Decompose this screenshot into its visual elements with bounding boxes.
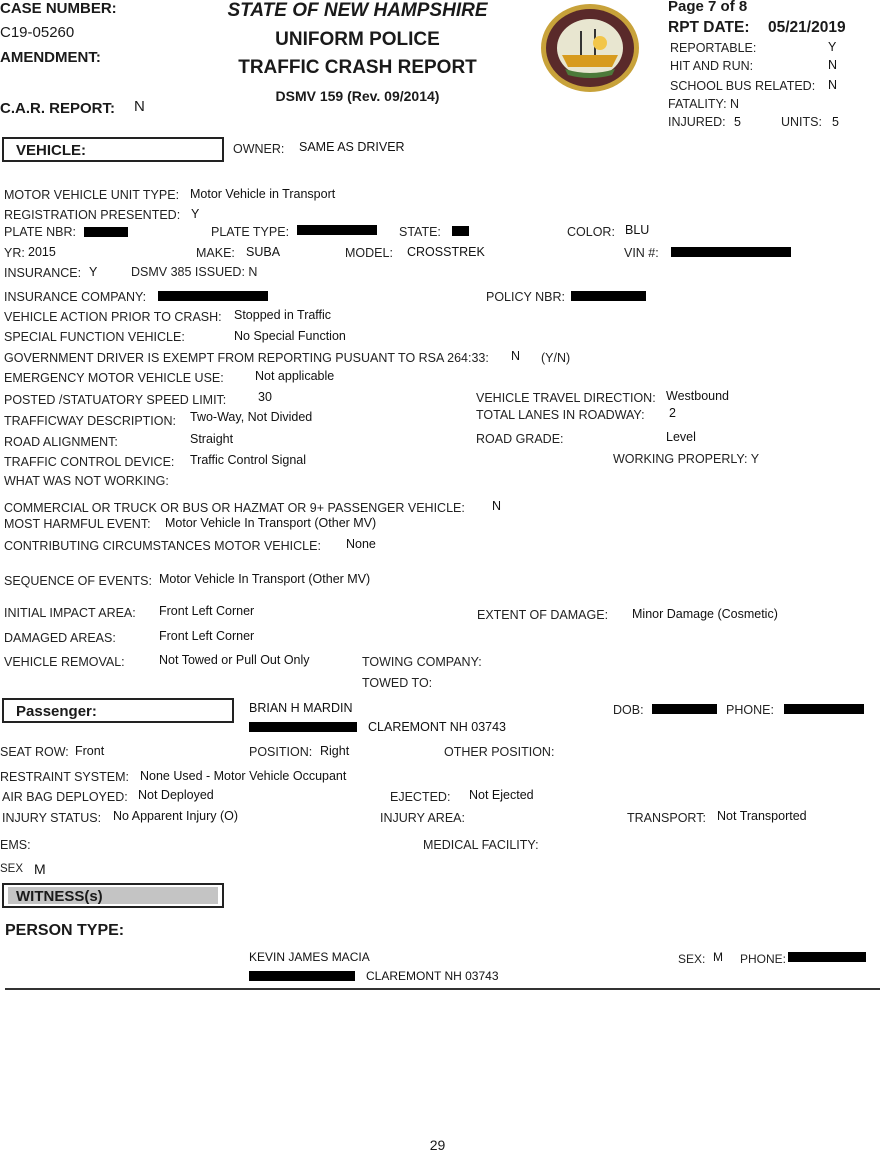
vehicle-removal-value: Not Towed or Pull Out Only (159, 653, 310, 667)
car-report-value: N (134, 98, 145, 115)
witness-sex-label: SEX: (678, 952, 705, 966)
state-redacted (452, 226, 469, 236)
special-function-value: No Special Function (234, 329, 346, 343)
vehicle-removal-label: VEHICLE REMOVAL: (4, 655, 125, 669)
contributing-value: None (346, 537, 376, 551)
airbag-value: Not Deployed (138, 788, 214, 802)
rpt-date: 05/21/2019 (768, 19, 846, 37)
school-bus-value: N (828, 78, 837, 92)
damaged-areas-value: Front Left Corner (159, 629, 254, 643)
gov-exempt-yn: (Y/N) (541, 351, 570, 365)
ejected-label: EJECTED: (390, 790, 450, 804)
person-type-label: PERSON TYPE: (5, 922, 124, 940)
road-alignment-value: Straight (190, 432, 233, 446)
position-label: POSITION: (249, 745, 312, 759)
passenger-section-label: Passenger: (16, 703, 97, 720)
insurance-label: INSURANCE: (4, 266, 81, 280)
passenger-section-header: Passenger: (2, 698, 234, 723)
dob-redacted (652, 704, 717, 714)
most-harmful-value: Motor Vehicle In Transport (Other MV) (165, 516, 376, 530)
traffic-control-value: Traffic Control Signal (190, 453, 306, 467)
witness-city: CLAREMONT NH 03743 (366, 969, 499, 983)
reportable-label: REPORTABLE: (670, 41, 756, 55)
ems-label: EMS: (0, 838, 31, 852)
commercial-value: N (492, 499, 501, 513)
not-working-label: WHAT WAS NOT WORKING: (4, 474, 169, 488)
units-value: 5 (832, 115, 839, 129)
most-harmful-label: MOST HARMFUL EVENT: (4, 517, 151, 531)
witness-address-redacted (249, 971, 355, 981)
action-value: Stopped in Traffic (234, 308, 331, 322)
make-value: SUBA (246, 245, 280, 259)
witness-sex-value: M (713, 950, 723, 964)
speed-limit-label: POSTED /STATUATORY SPEED LIMIT: (4, 393, 226, 407)
insurance-company-label: INSURANCE COMPANY: (4, 290, 146, 304)
report-title-uniform: UNIFORM POLICE (215, 29, 500, 51)
section-divider (5, 988, 880, 990)
dsmv385: DSMV 385 ISSUED: N (131, 265, 257, 279)
witness-section-header: WITNESS(s) (2, 883, 224, 908)
form-id: DSMV 159 (Rev. 09/2014) (215, 88, 500, 104)
policy-nbr-label: POLICY NBR: (486, 290, 565, 304)
report-title-crash: TRAFFIC CRASH REPORT (215, 57, 500, 79)
towed-to-label: TOWED TO: (362, 676, 432, 690)
rpt-date-label: RPT DATE: (668, 19, 750, 37)
witness-phone-label: PHONE: (740, 952, 786, 966)
injury-area-label: INJURY AREA: (380, 811, 465, 825)
restraint-label: RESTRAINT SYSTEM: (0, 770, 129, 784)
plate-nbr-redacted (84, 227, 128, 237)
passenger-phone-redacted (784, 704, 864, 714)
state-seal-icon (540, 3, 640, 93)
sequence-value: Motor Vehicle In Transport (Other MV) (159, 572, 370, 586)
vin-redacted (671, 247, 791, 257)
seat-row-value: Front (75, 744, 104, 758)
towing-company-label: TOWING COMPANY: (362, 655, 482, 669)
page-number: 29 (0, 1137, 875, 1150)
case-number-label: CASE NUMBER: (0, 0, 117, 17)
color-value: BLU (625, 223, 649, 237)
contributing-label: CONTRIBUTING CIRCUMSTANCES MOTOR VEHICLE… (4, 539, 321, 553)
passenger-city: CLAREMONT NH 03743 (368, 720, 506, 734)
plate-type-redacted (297, 225, 377, 235)
commercial-label: COMMERCIAL OR TRUCK OR BUS OR HAZMAT OR … (4, 501, 465, 515)
passenger-sex-value: M (34, 861, 46, 877)
case-number: C19-05260 (0, 24, 74, 41)
passenger-name: BRIAN H MARDIN (249, 701, 352, 715)
total-lanes-value: 2 (669, 406, 676, 420)
amendment-label: AMENDMENT: (0, 49, 101, 66)
road-grade-label: ROAD GRADE: (476, 432, 564, 446)
injury-status-value: No Apparent Injury (O) (113, 809, 238, 823)
report-title-state: STATE OF NEW HAMPSHIRE (215, 0, 500, 22)
plate-nbr-label: PLATE NBR: (4, 225, 76, 239)
medical-facility-label: MEDICAL FACILITY: (423, 838, 539, 852)
travel-direction-value: Westbound (666, 389, 729, 403)
model-label: MODEL: (345, 246, 393, 260)
extent-damage-label: EXTENT OF DAMAGE: (477, 608, 608, 622)
registration-label: REGISTRATION PRESENTED: (4, 208, 180, 222)
year-value: 2015 (28, 245, 56, 259)
vehicle-section-header: VEHICLE: (2, 137, 224, 162)
damaged-areas-label: DAMAGED AREAS: (4, 631, 116, 645)
unit-type-value: Motor Vehicle in Transport (190, 187, 335, 201)
sequence-label: SEQUENCE OF EVENTS: (4, 574, 152, 588)
model-value: CROSSTREK (407, 245, 485, 259)
state-label: STATE: (399, 225, 441, 239)
working-properly: WORKING PROPERLY: Y (613, 452, 759, 466)
plate-type-label: PLATE TYPE: (211, 225, 289, 239)
traffic-control-label: TRAFFIC CONTROL DEVICE: (4, 455, 174, 469)
injured-value: 5 (734, 115, 741, 129)
emergency-value: Not applicable (255, 369, 334, 383)
witness-section-label: WITNESS(s) (16, 888, 103, 905)
travel-direction-label: VEHICLE TRAVEL DIRECTION: (476, 391, 656, 405)
owner-value: SAME AS DRIVER (299, 140, 405, 154)
emergency-label: EMERGENCY MOTOR VEHICLE USE: (4, 371, 224, 385)
hit-run-value: N (828, 58, 837, 72)
total-lanes-label: TOTAL LANES IN ROADWAY: (476, 408, 645, 422)
gov-exempt-label: GOVERNMENT DRIVER IS EXEMPT FROM REPORTI… (4, 351, 489, 365)
dob-label: DOB: (613, 703, 644, 717)
initial-impact-label: INITIAL IMPACT AREA: (4, 606, 136, 620)
special-function-label: SPECIAL FUNCTION VEHICLE: (4, 330, 185, 344)
owner-label: OWNER: (233, 142, 284, 156)
trafficway-label: TRAFFICWAY DESCRIPTION: (4, 414, 176, 428)
page-indicator: Page 7 of 8 (668, 0, 747, 15)
gov-exempt-value: N (511, 349, 520, 363)
passenger-address-redacted (249, 722, 357, 732)
policy-nbr-redacted (571, 291, 646, 301)
insurance-company-redacted (158, 291, 268, 301)
passenger-sex-label: SEX (0, 863, 23, 875)
reportable-value: Y (828, 40, 836, 54)
passenger-phone-label: PHONE: (726, 703, 774, 717)
road-alignment-label: ROAD ALIGNMENT: (4, 435, 118, 449)
action-label: VEHICLE ACTION PRIOR TO CRASH: (4, 310, 222, 324)
position-value: Right (320, 744, 349, 758)
speed-limit-value: 30 (258, 390, 272, 404)
units-label: UNITS: (781, 115, 822, 129)
fatality: FATALITY: N (668, 97, 739, 111)
make-label: MAKE: (196, 246, 235, 260)
injury-status-label: INJURY STATUS: (2, 811, 101, 825)
road-grade-value: Level (666, 430, 696, 444)
insurance-value: Y (89, 265, 97, 279)
extent-damage-value: Minor Damage (Cosmetic) (632, 607, 778, 621)
trafficway-value: Two-Way, Not Divided (190, 410, 312, 424)
color-label: COLOR: (567, 225, 615, 239)
restraint-value: None Used - Motor Vehicle Occupant (140, 769, 346, 783)
airbag-label: AIR BAG DEPLOYED: (2, 790, 128, 804)
witness-phone-redacted (788, 952, 866, 962)
witness-name: KEVIN JAMES MACIA (249, 950, 370, 964)
injured-label: INJURED: (668, 115, 726, 129)
registration-value: Y (191, 207, 199, 221)
vin-label: VIN #: (624, 246, 659, 260)
transport-value: Not Transported (717, 809, 807, 823)
vehicle-section-label: VEHICLE: (16, 142, 86, 159)
unit-type-label: MOTOR VEHICLE UNIT TYPE: (4, 188, 179, 202)
ejected-value: Not Ejected (469, 788, 534, 802)
school-bus-label: SCHOOL BUS RELATED: (670, 79, 815, 93)
car-report-label: C.A.R. REPORT: (0, 100, 115, 117)
seat-row-label: SEAT ROW: (0, 745, 69, 759)
other-position-label: OTHER POSITION: (444, 745, 554, 759)
initial-impact-value: Front Left Corner (159, 604, 254, 618)
year-label: YR: (4, 246, 25, 260)
transport-label: TRANSPORT: (627, 811, 706, 825)
hit-run-label: HIT AND RUN: (670, 59, 753, 73)
